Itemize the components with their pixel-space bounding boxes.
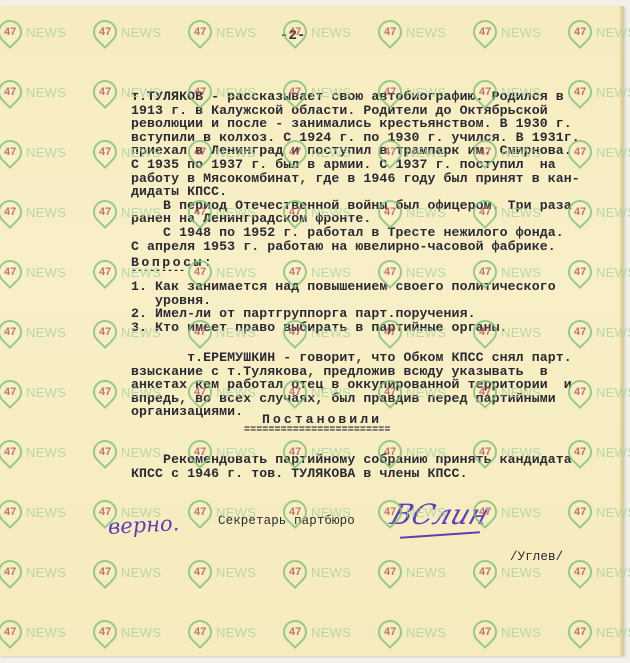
secretary-label: Секретарь партбюро <box>218 515 355 529</box>
questions-line: уровня. <box>131 294 556 308</box>
speech-line: взыскание с т.Тулякова, предложив всюду … <box>131 365 572 379</box>
bio-line: работу в Мясокомбинат, где в 1946 году б… <box>131 172 580 186</box>
speech-paragraph: т.ЕРЕМУШКИН - говорит, что Обком КПСС сн… <box>131 351 572 419</box>
resolved-underline: ======================== <box>244 424 390 438</box>
questions-line: 2. Имел-ли от партгруппорга парт.поручен… <box>131 307 556 321</box>
bio-line: С апреля 1953 г. работаю на ювелирно-час… <box>131 240 580 254</box>
bio-line: дидаты КПСС. <box>131 185 580 199</box>
page-number: -2- <box>280 30 306 44</box>
bio-line: В период Отечественной войны был офицеро… <box>131 199 580 213</box>
biography-paragraph: т.ТУЛЯКОВ - рассказывает свою автобиогра… <box>131 90 580 253</box>
bio-line: приехал в Ленинград и поступил в трампар… <box>131 144 580 158</box>
speech-line: анкетах кем работал отец в оккупированно… <box>131 378 572 392</box>
questions-underline: --------- <box>131 265 185 279</box>
resolution-line: КПСС с 1946 г. тов. ТУЛЯКОВА в члены КПС… <box>131 467 572 481</box>
signer-name: /Углев/ <box>510 551 563 565</box>
signature: ВСлин <box>387 498 494 531</box>
document-page: -2- т.ТУЛЯКОВ - рассказывает свою автоби… <box>0 6 624 656</box>
questions-line: 1. Как занимается над повышением своего … <box>131 280 556 294</box>
questions-line: 3. Кто имеет право выбирать в партийные … <box>131 321 556 335</box>
bio-line: 1913 г. в Калужской области. Родители до… <box>131 104 580 118</box>
bio-line: вступили в колхоз. С 1924 г. по 1930 г. … <box>131 131 580 145</box>
questions-list: 1. Как занимается над повышением своего … <box>131 280 556 334</box>
handwritten-verno: верно. <box>107 511 179 539</box>
speech-line: т.ЕРЕМУШКИН - говорит, что Обком КПСС сн… <box>131 351 572 365</box>
paper-edge <box>620 6 624 656</box>
resolution-line: Рекомендовать партийному собранию принят… <box>131 453 572 467</box>
resolution-paragraph: Рекомендовать партийному собранию принят… <box>131 453 572 480</box>
signature-underline <box>400 531 480 539</box>
bio-line: революции и после - занимались крестьянс… <box>131 117 580 131</box>
bio-line: ранен на Ленинградском фронте. <box>131 212 580 226</box>
speech-line: впредь, во всех случаях, был правдив пер… <box>131 392 572 406</box>
bio-line: т.ТУЛЯКОВ - рассказывает свою автобиогра… <box>131 90 580 104</box>
bio-line: С 1935 по 1937 г. был в армии. С 1937 г.… <box>131 158 580 172</box>
bio-line: С 1948 по 1952 г. работал в Тресте нежил… <box>131 226 580 240</box>
